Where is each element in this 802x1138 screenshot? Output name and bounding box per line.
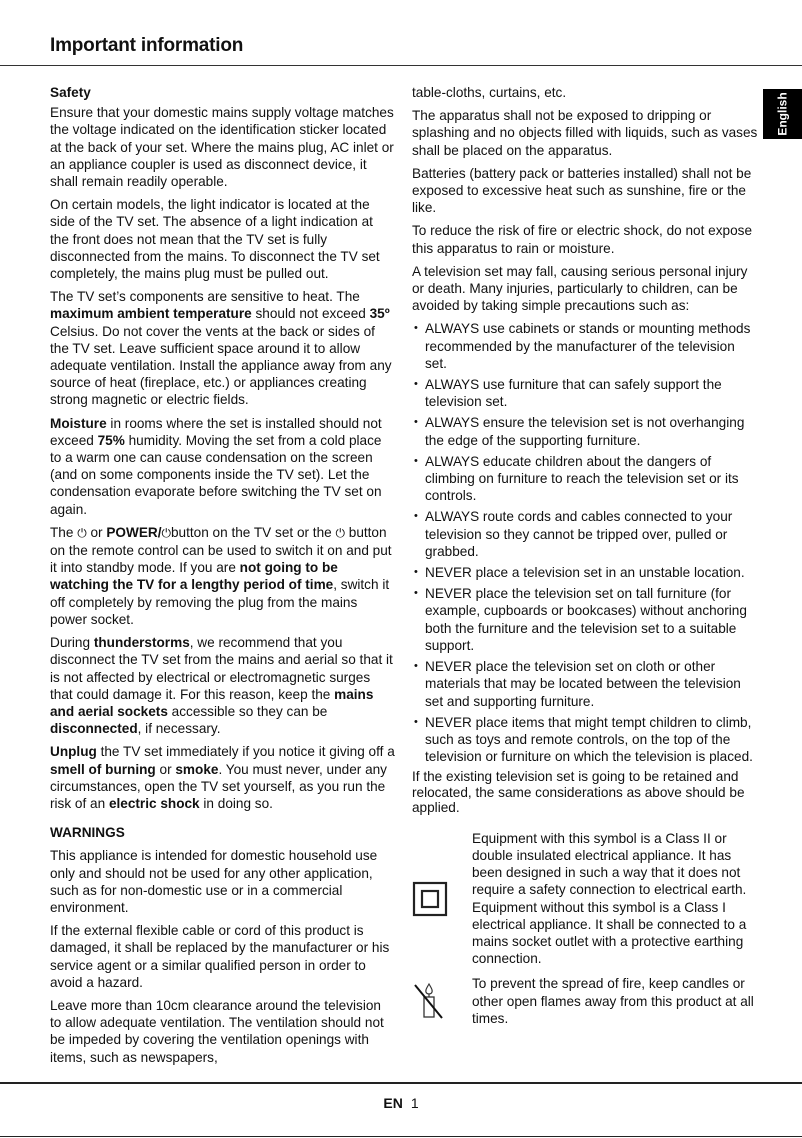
power-icon: ⏻ <box>161 525 171 542</box>
paragraph-heat: The TV set’s components are sensitive to… <box>50 288 395 408</box>
warning-domestic-use: This appliance is intended for domestic … <box>50 847 395 916</box>
paragraph-relocation: If the existing television set is going … <box>412 769 758 816</box>
footer-language: EN <box>383 1095 402 1111</box>
left-column: Safety Ensure that your domestic mains s… <box>50 84 395 1072</box>
right-column: table-cloths, curtains, etc. The apparat… <box>412 84 758 1027</box>
class-ii-notice: Equipment with this symbol is a Class II… <box>412 830 758 968</box>
candle-text: To prevent the spread of fire, keep cand… <box>472 975 758 1027</box>
candle-notice: To prevent the spread of fire, keep cand… <box>412 975 758 1027</box>
warning-cable: If the external flexible cable or cord o… <box>50 922 395 991</box>
paragraph-tip-over: A television set may fall, causing serio… <box>412 263 758 315</box>
page-footer: EN1 <box>0 1095 802 1111</box>
header-divider <box>0 65 802 66</box>
warnings-heading: WARNINGS <box>50 824 395 841</box>
list-item: NEVER place items that might tempt child… <box>412 714 758 766</box>
class-i-text: Equipment without this symbol is a Class… <box>472 899 758 968</box>
precautions-list: ALWAYS use cabinets or stands or mountin… <box>412 320 758 765</box>
power-icon: ⏻ <box>77 525 87 542</box>
list-item: ALWAYS use furniture that can safely sup… <box>412 376 758 410</box>
paragraph-rain: To reduce the risk of fire or electric s… <box>412 222 758 256</box>
paragraph-power-button: The ⏻ or POWER/⏻button on the TV set or … <box>50 524 395 628</box>
list-item: ALWAYS use cabinets or stands or mountin… <box>412 320 758 372</box>
page-number: 1 <box>411 1095 419 1111</box>
class-ii-double-square-icon <box>412 881 472 917</box>
list-item: NEVER place a television set in an unsta… <box>412 564 758 581</box>
warning-ventilation: Leave more than 10cm clearance around th… <box>50 997 395 1066</box>
paragraph-continued: table-cloths, curtains, etc. <box>412 84 758 101</box>
paragraph-batteries: Batteries (battery pack or batteries ins… <box>412 165 758 217</box>
paragraph-dripping: The apparatus shall not be exposed to dr… <box>412 107 758 159</box>
list-item: ALWAYS route cords and cables connected … <box>412 508 758 560</box>
footer-divider <box>0 1082 802 1084</box>
paragraph-thunderstorms: During thunderstorms, we recommend that … <box>50 634 395 737</box>
language-tab-label: English <box>776 92 790 135</box>
footer-bottom-divider <box>0 1136 802 1137</box>
paragraph-moisture: Moisture in rooms where the set is insta… <box>50 415 395 518</box>
safety-heading: Safety <box>50 84 395 101</box>
no-candles-icon <box>412 982 472 1020</box>
page-title: Important information <box>50 35 243 57</box>
list-item: ALWAYS educate children about the danger… <box>412 453 758 505</box>
paragraph-voltage: Ensure that your domestic mains supply v… <box>50 104 395 190</box>
language-tab: English <box>763 89 802 139</box>
class-ii-text: Equipment with this symbol is a Class II… <box>472 830 758 899</box>
list-item: NEVER place the television set on tall f… <box>412 585 758 654</box>
paragraph-light-indicator: On certain models, the light indicator i… <box>50 196 395 282</box>
power-icon: ⏻ <box>335 525 345 542</box>
list-item: NEVER place the television set on cloth … <box>412 658 758 710</box>
list-item: ALWAYS ensure the television set is not … <box>412 414 758 448</box>
paragraph-unplug: Unplug the TV set immediately if you not… <box>50 743 395 812</box>
